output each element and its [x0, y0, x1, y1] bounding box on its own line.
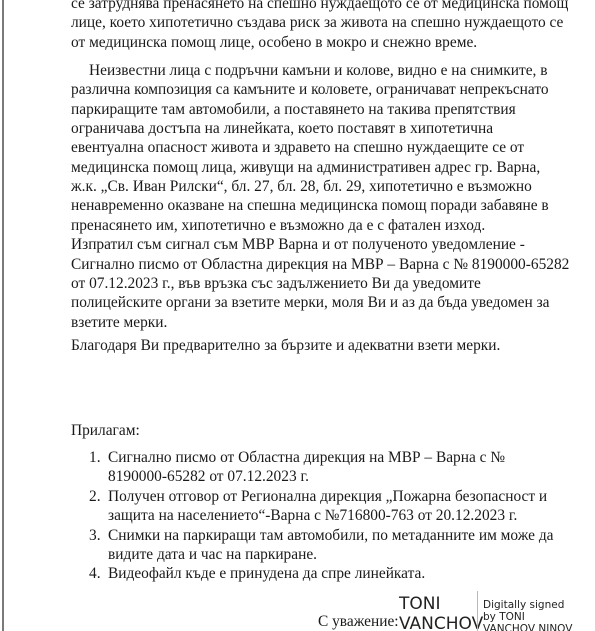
- paragraph-2-line: различна композиция са камъните и колове…: [71, 80, 549, 99]
- attachment-number: 2.: [89, 487, 101, 506]
- thanks-paragraph: Благодаря Ви предварително за бързите и …: [71, 336, 500, 355]
- signer-name-line: TONI: [399, 594, 441, 614]
- paragraph-1-line: от медицинска помощ лице, особено в мокр…: [71, 33, 477, 52]
- attachment-number: 4.: [89, 564, 101, 583]
- attachment-number: 3.: [89, 526, 101, 545]
- attachment-number: 1.: [89, 448, 101, 467]
- paragraph-2-line: ограничава достъпа на линейката, което п…: [71, 119, 493, 138]
- paragraph-2-line: ненавременно оказване на спешна медицинс…: [71, 196, 549, 215]
- closing-salutation: С уважение:: [318, 612, 399, 631]
- paragraph-2-line: медицинска помощ лица, живущи на админис…: [71, 158, 540, 177]
- signer-name-line: VANCHOV: [399, 614, 483, 631]
- attachment-text: видите дата и час на паркиране.: [108, 545, 317, 564]
- paragraph-2-line: пренасянето им, хипотетично е възможно д…: [71, 216, 485, 235]
- paragraph-3-line: от 07.12.2023 г., във връзка със задълже…: [71, 274, 481, 293]
- paragraph-2-line: паркиращите там автомобили, а поставянет…: [71, 100, 516, 119]
- paragraph-3-line: Сигнално писмо от Областна дирекция на М…: [71, 255, 569, 274]
- attachment-text: Снимки на паркиращи там автомобили, по м…: [108, 526, 554, 545]
- attachment-text: Видеофайл къде е принудена да спре линей…: [108, 564, 425, 583]
- paragraph-3-line: полицейските органи за взетите мерки, мо…: [71, 293, 549, 312]
- attachment-text: Получен отговор от Регионална дирекция „…: [108, 487, 547, 506]
- attachments-heading: Прилагам:: [71, 421, 140, 440]
- paragraph-3-line: Изпратил съм сигнал съм МВР Варна и от п…: [71, 235, 525, 254]
- paragraph-1-line: се затруднява пренасянето на спешно нужд…: [71, 0, 568, 13]
- attachment-text: Сигнално писмо от Областна дирекция на М…: [108, 448, 505, 467]
- paragraph-2-line: ж.к. „Св. Иван Рилски“, бл. 27, бл. 28, …: [71, 177, 532, 196]
- signature-divider: [477, 591, 478, 631]
- paragraph-3-line: взетите мерки.: [71, 313, 167, 332]
- attachment-text: защита на населението“-Варна с №716800-7…: [108, 506, 517, 525]
- paragraph-1-line: лице, което хипотетично създава риск за …: [71, 13, 563, 32]
- digital-signature-info: VANCHOV NINOV: [483, 623, 572, 631]
- paragraph-2-line: Неизвестни лица с подръчни камъни и коло…: [89, 61, 548, 80]
- page-left-border: [2, 0, 4, 631]
- attachment-text: 8190000-65282 от 07.12.2023 г.: [108, 467, 309, 486]
- paragraph-2-line: евентуална опасност живота и здравето на…: [71, 138, 524, 157]
